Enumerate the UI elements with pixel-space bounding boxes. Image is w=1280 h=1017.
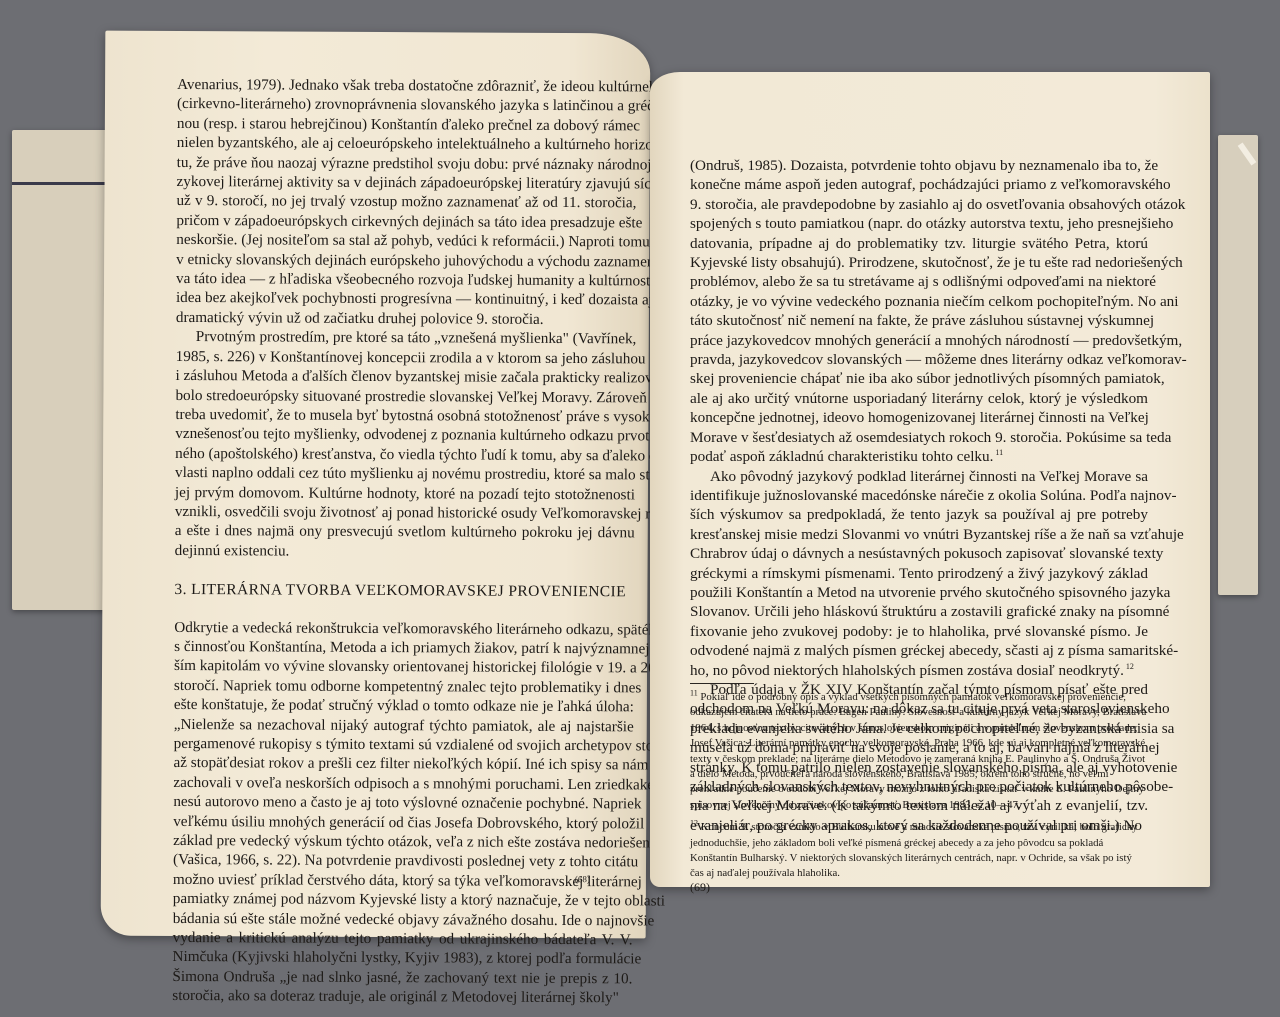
text-line: i zásluhou Metoda a ďalších členov byzan… xyxy=(176,366,636,388)
text-line: fixovanie jeho zvukovej podoby: je to hl… xyxy=(690,622,1148,641)
text-line: spojených s touto pamiatkou (napr. do ot… xyxy=(690,214,1148,233)
text-line: skej proveniencie chápať nie iba ako súb… xyxy=(690,369,1148,388)
text-line: identifikuje južnoslovanské macedónske n… xyxy=(690,486,1148,505)
text-line: táto skutočnosť nič nemení na fakte, že … xyxy=(690,311,1148,330)
text-line: až stopäťdesiat rokov a prešli cez filte… xyxy=(173,753,633,775)
text-line: konečne máme aspoň jeden autograf, pochá… xyxy=(690,175,1148,194)
footnote-12: 12 Koncom 9. storočia vzniklo v Bulharsk… xyxy=(690,820,1148,882)
footnote-reference[interactable]: 12 xyxy=(1124,662,1134,671)
text-line: ešte konštatuje, že podať stručný výklad… xyxy=(174,695,634,717)
footnote-number: 11 xyxy=(690,688,698,697)
footnote-11: 11 Pokiaľ ide o podrobný opis a výklad v… xyxy=(690,690,1148,813)
text-line: zykovej literárnej aktivity sa v dejinác… xyxy=(177,172,637,194)
text-line: va táto idea — z hľadiska všeobecného ro… xyxy=(176,269,636,291)
book-cover-right-edge xyxy=(1218,135,1258,595)
text-line: ho, no pôvod niektorých hlaholských písm… xyxy=(690,661,1148,680)
text-line: vlasti naplno oddali cez túto myšlienku … xyxy=(175,463,635,485)
text-line: Šimona Ondruša „je nad slnko jasné, že z… xyxy=(172,967,632,989)
text-line: (cirkevno-literárneho) zrovnoprávnenia s… xyxy=(177,94,637,116)
text-line: Morave v šesťdesiatych až osemdesiatych … xyxy=(690,428,1148,447)
text-line: ného (apoštolského) kresťanstva, čo vied… xyxy=(175,444,635,466)
right-paragraph-1: (Ondruš, 1985). Dozaista, potvrdenie toh… xyxy=(690,156,1148,467)
text-line: pergamenové rukopisy s týmito textami sú… xyxy=(174,734,634,756)
text-line: zachovali v oveľa neskorších odpisoch a … xyxy=(173,773,633,795)
text-line: gréckymi a rímskymi písmenami. Tento pri… xyxy=(690,564,1148,583)
left-paragraph-3: Odkrytie a vedecká rekonštrukcia veľkomo… xyxy=(172,618,634,1009)
section-heading: 3. LITERÁRNA TVORBA VEĽKOMORAVSKEJ PROVE… xyxy=(174,580,634,602)
footnote-number: 12 xyxy=(690,819,698,828)
text-line: 1985, s. 226) v Konštantínovej koncepcii… xyxy=(176,347,636,369)
text-line: tu, že práve ňou naozaj výrazne predstih… xyxy=(177,153,637,175)
left-page: Avenarius, 1979). Jednako však treba dos… xyxy=(101,31,651,939)
left-page-body: Avenarius, 1979). Jednako však treba dos… xyxy=(172,75,637,1008)
text-line: možno uviesť príklad čerstvého dáta, kto… xyxy=(173,870,633,892)
left-paragraph-2: Prvotným prostredím, pre ktoré sa táto „… xyxy=(175,327,636,562)
text-line: bádania sú ešte stále možné vedecké obja… xyxy=(173,909,633,931)
footnote-text: Pokiaľ ide o podrobný opis a výklad všet… xyxy=(690,691,1146,811)
text-line: použili Konštantín a Metod na utvorenie … xyxy=(690,583,1148,602)
text-line: Ako pôvodný jazykový podklad literárnej … xyxy=(690,467,1148,486)
text-line: nesú autorovo meno a často je aj toto vý… xyxy=(173,792,633,814)
text-line: Slovanov. Určili jeho hláskovú štruktúru… xyxy=(690,602,1148,621)
text-line: ším kapitolám vo vývine slovansky orient… xyxy=(174,656,634,678)
text-line: Odkrytie a vedecká rekonštrukcia veľkomo… xyxy=(174,618,634,640)
text-line: Avenarius, 1979). Jednako však treba dos… xyxy=(177,75,637,97)
text-line: „Nielenže sa nezachoval nijaký autograf … xyxy=(174,715,634,737)
text-line: vydanie a kritickú analýzu tejto pamiatk… xyxy=(173,928,633,950)
footnote-text: Koncom 9. storočia vzniklo v Bulharsku n… xyxy=(690,821,1138,879)
text-line: pričom v západoeurópskych cirkevných dej… xyxy=(176,211,636,233)
left-paragraph-1: Avenarius, 1979). Jednako však treba dos… xyxy=(176,75,637,330)
footnotes: 11 Pokiaľ ide o podrobný opis a výklad v… xyxy=(690,690,1148,889)
text-line: už v 9. storočí, no jej trvalý vzostup m… xyxy=(176,191,636,213)
text-line: storočia, ako sa doteraz traduje, ale or… xyxy=(172,986,632,1008)
right-paragraph-2: Ako pôvodný jazykový podklad literárnej … xyxy=(690,467,1148,680)
text-line: storočí. Napriek tomu odborne kompetentn… xyxy=(174,676,634,698)
text-line: dejinnú existenciu. xyxy=(175,541,635,563)
text-line: (Ondruš, 1985). Dozaista, potvrdenie toh… xyxy=(690,156,1148,175)
text-line: 9. storočia, ale pravdepodobne by zasiah… xyxy=(690,195,1148,214)
text-line: odvodené najmä z malých písmen gréckej a… xyxy=(690,641,1148,660)
text-line: datovania, prípadne aj do problematiky t… xyxy=(690,234,1148,253)
text-line: vznikli, osvedčili svoju životnosť aj po… xyxy=(175,502,635,524)
text-line: neskoršie. (Jej nositeľom sa stal až poh… xyxy=(176,230,636,252)
text-line: idea bez akejkoľvek pochybnosti progresí… xyxy=(176,288,636,310)
text-line: a ešte i dnes najmä ony presvecujú svetl… xyxy=(175,521,635,543)
text-line: otázky, je vo vývine vedeckého poznania … xyxy=(690,292,1148,311)
text-line: s činnosťou Konštantína, Metoda a ich pr… xyxy=(174,637,634,659)
text-line: Chrabrov údaj o dávnych a nesústavných p… xyxy=(690,544,1148,563)
text-line: ale aj ako určitý vnútorne usporiadaný l… xyxy=(690,389,1148,408)
footnote-reference[interactable]: 11 xyxy=(993,448,1003,457)
text-line: kresťanskej misie medzi Slovanmi vo vnút… xyxy=(690,525,1148,544)
text-line: Kyjevské listy obsahujú). Prirodzene, sk… xyxy=(690,253,1148,272)
text-line: bolo stredoeurópsky situované prostredie… xyxy=(175,385,635,407)
text-line: pravda, jazykovedcov slovanských — môžem… xyxy=(690,350,1148,369)
text-line: základ pre vedecký výskum týchto otázok,… xyxy=(173,831,633,853)
text-line: vznešenosťou tejto myšlienky, odvodenej … xyxy=(175,424,635,446)
book-cover-left-edge xyxy=(12,130,112,610)
page-number-left: (68) xyxy=(575,874,590,884)
text-line: Prvotným prostredím, pre ktoré sa táto „… xyxy=(176,327,636,349)
page-number-right: (69) xyxy=(690,880,710,895)
footnote-divider xyxy=(690,683,754,684)
text-line: jej prvým domovom. Kultúrne hodnoty, kto… xyxy=(175,482,635,504)
text-line: dramatický vývin už od začiatku druhej p… xyxy=(176,308,636,330)
text-line: Nimčuka (Kyjivski hlaholyčni lystky, Kyj… xyxy=(172,947,632,969)
text-line: problémov, alebo že sa tu stretávame aj … xyxy=(690,272,1148,291)
text-line: koncepčne jednotnej, ideovo homogenizova… xyxy=(690,408,1148,427)
text-line: ších výskumov sa predpokladá, že tento j… xyxy=(690,505,1148,524)
text-line: nou (resp. i starou hebrejčinou) Konštan… xyxy=(177,114,637,136)
text-line: práce jazykovedcov mnohých generácií a m… xyxy=(690,331,1148,350)
text-line: v etnicky slovanských dejinách európskeh… xyxy=(176,250,636,272)
text-line: treba uvedomiť, že to musela byť bytostn… xyxy=(175,405,635,427)
text-line: podať aspoň základnú charakteristiku toh… xyxy=(690,447,1148,466)
right-page: (Ondruš, 1985). Dozaista, potvrdenie toh… xyxy=(650,72,1210,887)
text-line: nielen byzantského, ale aj celoeurópskeh… xyxy=(177,133,637,155)
text-line: (Vašica, 1966, s. 22). Na potvrdenie pra… xyxy=(173,850,633,872)
cover-stripe xyxy=(12,182,112,185)
text-line: veľkému úsiliu mnohých generácií od čias… xyxy=(173,812,633,834)
text-line: pamiatky známej pod názvom Kyjevské list… xyxy=(173,889,633,911)
